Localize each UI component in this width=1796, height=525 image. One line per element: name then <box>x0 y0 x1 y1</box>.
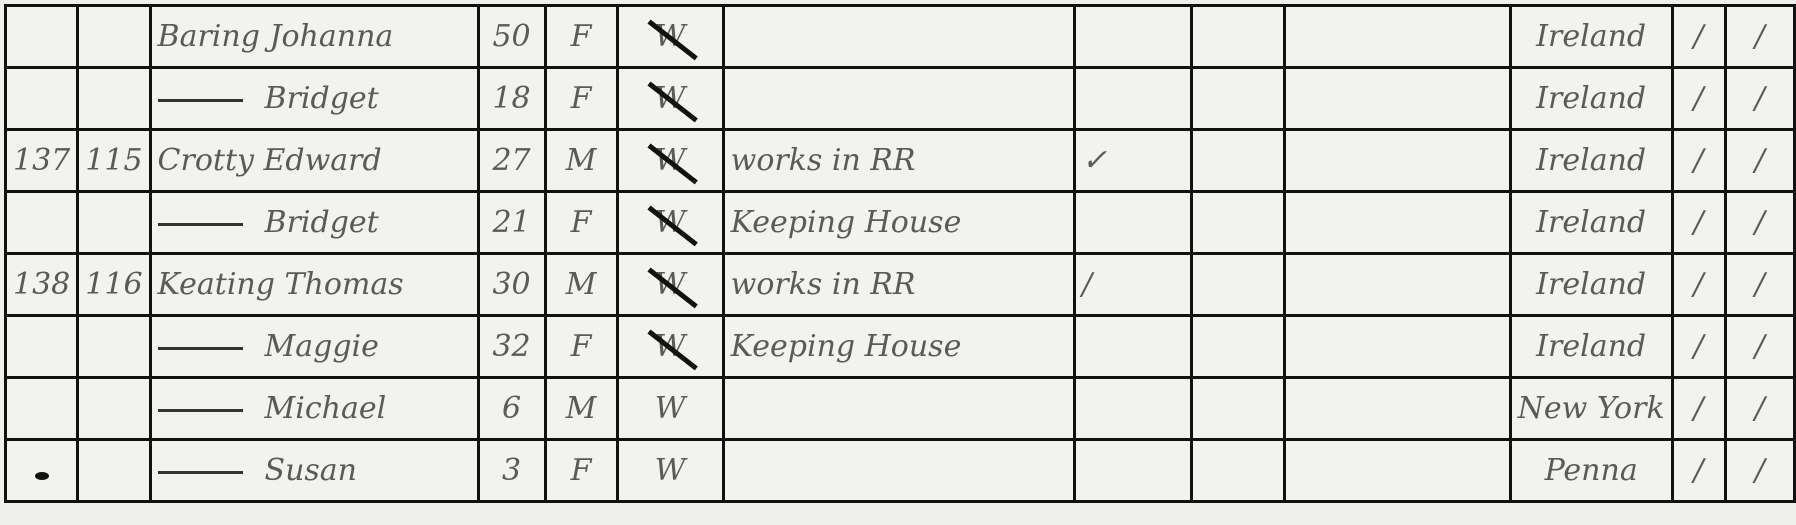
sex-cell: F <box>545 68 617 130</box>
mother-foreign-mark: / <box>1725 6 1794 68</box>
dwelling-number: 138 <box>6 254 78 316</box>
mother-foreign-mark: / <box>1725 316 1794 378</box>
census-row: 137 115 Crotty Edward 27 M W works in RR… <box>6 130 1795 192</box>
sex-cell: M <box>545 254 617 316</box>
blank-cell <box>1191 192 1284 254</box>
family-number: 115 <box>78 130 150 192</box>
race-cell: W <box>617 316 723 378</box>
person-name: Crotty Edward <box>150 130 478 192</box>
ditto-mark <box>158 409 243 412</box>
age-cell: 30 <box>478 254 545 316</box>
occupation-mark: / <box>1074 254 1191 316</box>
census-row: 138 116 Keating Thomas 30 M W works in R… <box>6 254 1795 316</box>
census-row: Maggie 32 F W Keeping House Ireland / / <box>6 316 1795 378</box>
birthplace-cell: Penna <box>1510 440 1672 502</box>
sex-cell: F <box>545 316 617 378</box>
blank-cell <box>1284 6 1510 68</box>
family-number <box>78 440 150 502</box>
occupation-cell <box>723 440 1074 502</box>
census-row: Bridget 21 F W Keeping House Ireland / / <box>6 192 1795 254</box>
blank-cell <box>1284 68 1510 130</box>
person-name: Michael <box>150 378 478 440</box>
ditto-mark <box>158 223 243 226</box>
father-foreign-mark: / <box>1672 316 1725 378</box>
occupation-mark <box>1074 68 1191 130</box>
blank-cell <box>1191 316 1284 378</box>
age-cell: 50 <box>478 6 545 68</box>
mother-foreign-mark: / <box>1725 192 1794 254</box>
census-row: Bridget 18 F W Ireland / / <box>6 68 1795 130</box>
person-name: Bridget <box>150 68 478 130</box>
sex-cell: M <box>545 378 617 440</box>
family-number <box>78 378 150 440</box>
margin-mark <box>35 472 49 480</box>
blank-cell <box>1284 130 1510 192</box>
father-foreign-mark: / <box>1672 378 1725 440</box>
race-cell: W <box>617 440 723 502</box>
occupation-mark <box>1074 6 1191 68</box>
birthplace-cell: Ireland <box>1510 192 1672 254</box>
birthplace-cell: Ireland <box>1510 130 1672 192</box>
ditto-mark <box>158 99 243 102</box>
family-number <box>78 68 150 130</box>
occupation-cell: Keeping House <box>723 192 1074 254</box>
race-cell: W <box>617 6 723 68</box>
father-foreign-mark: / <box>1672 68 1725 130</box>
age-cell: 3 <box>478 440 545 502</box>
race-cell: W <box>617 192 723 254</box>
occupation-cell <box>723 378 1074 440</box>
blank-cell <box>1284 378 1510 440</box>
blank-cell <box>1191 130 1284 192</box>
birthplace-cell: Ireland <box>1510 6 1672 68</box>
race-cell: W <box>617 378 723 440</box>
dwelling-number <box>6 6 78 68</box>
family-number <box>78 6 150 68</box>
census-sheet: Baring Johanna 50 F W Ireland / / Bridge… <box>0 0 1796 525</box>
mother-foreign-mark: / <box>1725 378 1794 440</box>
race-cell: W <box>617 254 723 316</box>
age-cell: 27 <box>478 130 545 192</box>
mother-foreign-mark: / <box>1725 254 1794 316</box>
age-cell: 32 <box>478 316 545 378</box>
person-name: Baring Johanna <box>150 6 478 68</box>
occupation-mark: ✓ <box>1074 130 1191 192</box>
blank-cell <box>1284 192 1510 254</box>
dwelling-number <box>6 316 78 378</box>
sex-cell: F <box>545 440 617 502</box>
occupation-mark <box>1074 378 1191 440</box>
mother-foreign-mark: / <box>1725 68 1794 130</box>
mother-foreign-mark: / <box>1725 440 1794 502</box>
occupation-mark <box>1074 440 1191 502</box>
birthplace-cell: Ireland <box>1510 254 1672 316</box>
blank-cell <box>1284 316 1510 378</box>
father-foreign-mark: / <box>1672 130 1725 192</box>
blank-cell <box>1191 68 1284 130</box>
dwelling-number <box>6 68 78 130</box>
census-row: Michael 6 M W New York / / <box>6 378 1795 440</box>
father-foreign-mark: / <box>1672 440 1725 502</box>
occupation-cell <box>723 68 1074 130</box>
birthplace-cell: Ireland <box>1510 316 1672 378</box>
census-row: Susan 3 F W Penna / / <box>6 440 1795 502</box>
sex-cell: M <box>545 130 617 192</box>
family-number <box>78 316 150 378</box>
family-number: 116 <box>78 254 150 316</box>
dwelling-number <box>6 378 78 440</box>
occupation-cell: works in RR <box>723 130 1074 192</box>
occupation-mark <box>1074 192 1191 254</box>
census-row: Baring Johanna 50 F W Ireland / / <box>6 6 1795 68</box>
ditto-mark <box>158 347 243 350</box>
blank-cell <box>1191 378 1284 440</box>
age-cell: 21 <box>478 192 545 254</box>
mother-foreign-mark: / <box>1725 130 1794 192</box>
sex-cell: F <box>545 6 617 68</box>
father-foreign-mark: / <box>1672 254 1725 316</box>
father-foreign-mark: / <box>1672 6 1725 68</box>
blank-cell <box>1284 254 1510 316</box>
person-name: Bridget <box>150 192 478 254</box>
dwelling-number <box>6 192 78 254</box>
person-name: Keating Thomas <box>150 254 478 316</box>
ditto-mark <box>158 471 243 474</box>
father-foreign-mark: / <box>1672 192 1725 254</box>
race-cell: W <box>617 130 723 192</box>
birthplace-cell: Ireland <box>1510 68 1672 130</box>
occupation-cell: Keeping House <box>723 316 1074 378</box>
race-cell: W <box>617 68 723 130</box>
occupation-cell <box>723 6 1074 68</box>
blank-cell <box>1191 6 1284 68</box>
birthplace-cell: New York <box>1510 378 1672 440</box>
person-name: Maggie <box>150 316 478 378</box>
occupation-cell: works in RR <box>723 254 1074 316</box>
dwelling-number: 137 <box>6 130 78 192</box>
blank-cell <box>1191 440 1284 502</box>
person-name: Susan <box>150 440 478 502</box>
dwelling-number <box>6 440 78 502</box>
family-number <box>78 192 150 254</box>
age-cell: 18 <box>478 68 545 130</box>
occupation-mark <box>1074 316 1191 378</box>
age-cell: 6 <box>478 378 545 440</box>
blank-cell <box>1284 440 1510 502</box>
sex-cell: F <box>545 192 617 254</box>
census-table: Baring Johanna 50 F W Ireland / / Bridge… <box>4 4 1796 503</box>
blank-cell <box>1191 254 1284 316</box>
